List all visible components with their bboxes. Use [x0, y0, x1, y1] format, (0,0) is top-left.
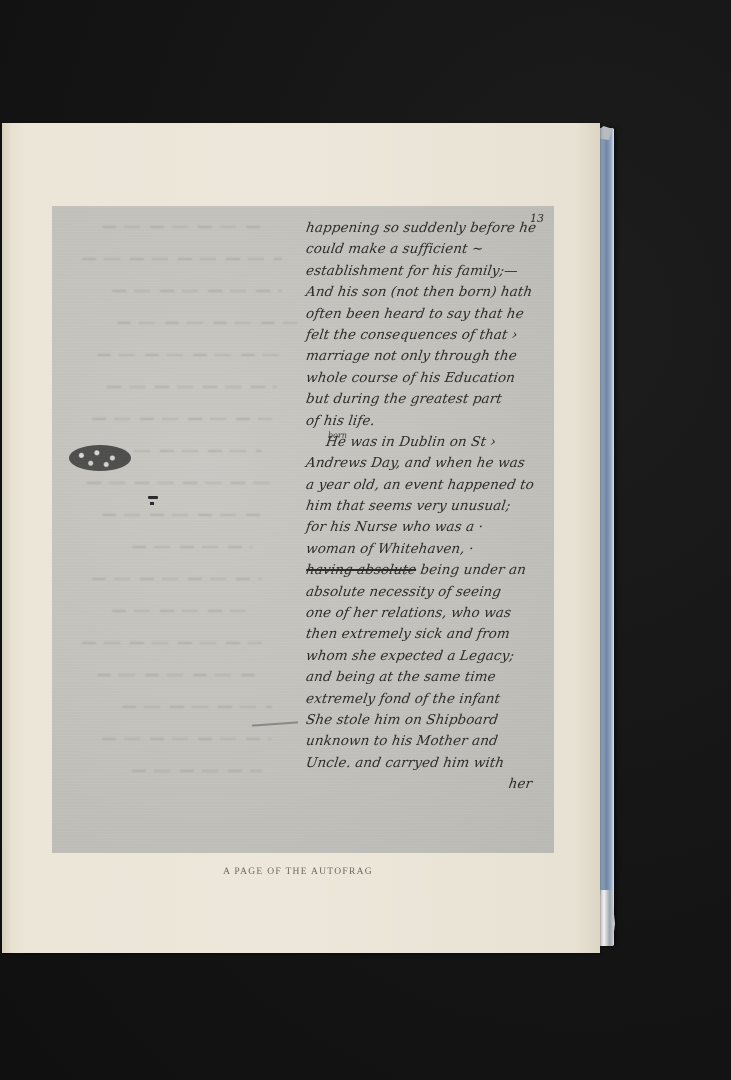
manuscript-line: extremely fond of the infant: [304, 689, 547, 710]
manuscript-line: for his Nurse who was a ·: [304, 517, 547, 538]
ghost-line: [112, 450, 262, 452]
manuscript-line: Andrews Day, and when he was: [304, 453, 547, 474]
ghost-line: [117, 322, 297, 324]
ghost-line: [92, 578, 262, 580]
ghost-line: [82, 642, 262, 644]
ghost-line: [82, 258, 282, 260]
ghost-line: [102, 738, 272, 740]
ghost-line: [132, 546, 252, 548]
manuscript-line: could make a sufficient ~: [304, 239, 547, 260]
ghost-line: [87, 482, 277, 484]
ghost-line: [97, 674, 257, 676]
ghost-line: [102, 226, 262, 228]
ghost-line: [112, 610, 252, 612]
manuscript-line: one of her relations, who was: [304, 603, 547, 624]
seal-ink-blot: [69, 445, 131, 471]
manuscript-line: whole course of his Education: [304, 368, 547, 389]
page-gutter-shadow: [2, 123, 12, 953]
ghost-line: [102, 514, 262, 516]
handwritten-text: happening so suddenly before he could ma…: [306, 218, 546, 796]
ghost-line: [132, 770, 262, 772]
manuscript-line: felt the consequences of that ›: [304, 325, 547, 346]
manuscript-line: a year old, an event happened to: [304, 475, 547, 496]
manuscript-line: whom she expected a Legacy;: [304, 646, 547, 667]
manuscript-catchword: her: [304, 774, 547, 795]
manuscript-line: woman of Whitehaven, ·: [304, 539, 547, 560]
manuscript-line: him that seems very unusual;: [304, 496, 547, 517]
manuscript-line: Uncle. and carryed him with: [304, 753, 547, 774]
ink-mark: [148, 496, 158, 499]
manuscript-line: And his son (not then born) hath: [304, 282, 547, 303]
plate-caption: A PAGE OF THE AUTOFRAG: [2, 867, 602, 877]
ghost-line: [122, 706, 272, 708]
manuscript-line-struck: having absolute being under an: [304, 560, 547, 581]
ink-mark: [150, 502, 154, 505]
ghost-line: [97, 354, 287, 356]
manuscript-line: marriage not only through the: [304, 346, 547, 367]
manuscript-line: and being at the same time: [304, 667, 547, 688]
manuscript-line: often been heard to say that he: [304, 304, 547, 325]
struck-out-text: having absolute: [305, 562, 417, 578]
manuscript-line: establishment for his family;—: [304, 261, 547, 282]
ghost-line: [107, 386, 277, 388]
bleed-through-text: [72, 226, 292, 826]
caption-text: A PAGE OF THE AUTOFRAG: [223, 867, 373, 877]
manuscript-line: then extremely sick and from: [304, 624, 547, 645]
line-remainder: being under an: [415, 562, 527, 578]
book-page: 13 born happening so suddenly before he …: [2, 123, 600, 953]
manuscript-line: He was in Dublin on St ›: [304, 432, 547, 453]
manuscript-line: of his life.: [304, 411, 547, 432]
manuscript-line: unknown to his Mother and: [304, 731, 547, 752]
manuscript-line: absolute necessity of seeing: [304, 582, 547, 603]
manuscript-line: She stole him on Shipboard: [304, 710, 547, 731]
manuscript-line: happening so suddenly before he: [304, 218, 547, 239]
ghost-line: [92, 418, 272, 420]
manuscript-plate: 13 born happening so suddenly before he …: [52, 206, 554, 853]
ghost-line: [112, 290, 282, 292]
manuscript-line: but during the greatest part: [304, 389, 547, 410]
